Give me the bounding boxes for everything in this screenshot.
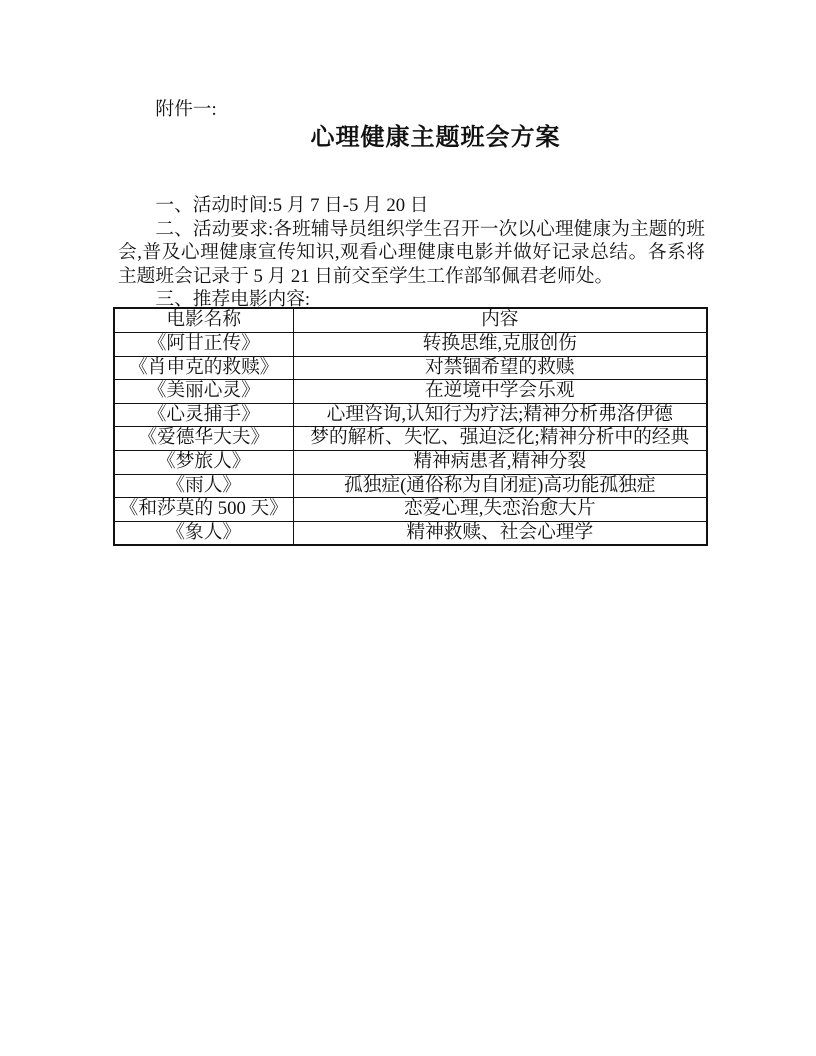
table-row: 《梦旅人》 精神病患者,精神分裂 [114, 451, 707, 475]
table-row: 《爱德华大夫》 梦的解析、失忆、强迫泛化;精神分析中的经典 [114, 427, 707, 451]
movie-name-cell: 《肖申克的救赎》 [114, 356, 293, 380]
column-header-movie-name: 电影名称 [114, 308, 293, 332]
table-row: 《雨人》 孤独症(通俗称为自闭症)高功能孤独症 [114, 474, 707, 498]
movie-name-cell: 《美丽心灵》 [114, 380, 293, 404]
paragraph-activity-requirements: 二、活动要求:各班辅导员组织学生召开一次以心理健康为主题的班会,普及心理健康宣传… [118, 218, 705, 288]
movie-name-cell: 《梦旅人》 [114, 451, 293, 475]
movie-name-cell: 《阿甘正传》 [114, 333, 293, 357]
movie-content-cell: 对禁锢希望的救赎 [293, 356, 707, 380]
table-row: 《阿甘正传》 转换思维,克服创伤 [114, 333, 707, 357]
movie-content-cell: 转换思维,克服创伤 [293, 333, 707, 357]
table-row: 《和莎莫的 500 天》 恋爱心理,失恋治愈大片 [114, 498, 707, 522]
movie-name-cell: 《雨人》 [114, 474, 293, 498]
table-row: 《美丽心灵》 在逆境中学会乐观 [114, 380, 707, 404]
table-row: 《心灵捕手》 心理咨询,认知行为疗法;精神分析弗洛伊德 [114, 403, 707, 427]
movie-name-cell: 《象人》 [114, 521, 293, 545]
movie-content-cell: 精神病患者,精神分裂 [293, 451, 707, 475]
document-page: 附件一: 心理健康主题班会方案 一、活动时间:5 月 7 日-5 月 20 日 … [0, 0, 816, 1056]
attachment-label: 附件一: [118, 98, 705, 121]
movie-name-cell: 《爱德华大夫》 [114, 427, 293, 451]
movie-content-cell: 心理咨询,认知行为疗法;精神分析弗洛伊德 [293, 403, 707, 427]
movie-content-cell: 梦的解析、失忆、强迫泛化;精神分析中的经典 [293, 427, 707, 451]
movie-content-cell: 在逆境中学会乐观 [293, 380, 707, 404]
table-header-row: 电影名称 内容 [114, 308, 707, 332]
paragraph-activity-time: 一、活动时间:5 月 7 日-5 月 20 日 [118, 194, 705, 217]
column-header-content: 内容 [293, 308, 707, 332]
movie-content-cell: 精神救赎、社会心理学 [293, 521, 707, 545]
movie-content-cell: 恋爱心理,失恋治愈大片 [293, 498, 707, 522]
movie-table: 电影名称 内容 《阿甘正传》 转换思维,克服创伤 《肖申克的救赎》 对禁锢希望的… [113, 307, 708, 546]
movie-content-cell: 孤独症(通俗称为自闭症)高功能孤独症 [293, 474, 707, 498]
movie-name-cell: 《和莎莫的 500 天》 [114, 498, 293, 522]
movie-name-cell: 《心灵捕手》 [114, 403, 293, 427]
table-row: 《肖申克的救赎》 对禁锢希望的救赎 [114, 356, 707, 380]
page-title: 心理健康主题班会方案 [118, 124, 705, 152]
table-row: 《象人》 精神救赎、社会心理学 [114, 521, 707, 545]
